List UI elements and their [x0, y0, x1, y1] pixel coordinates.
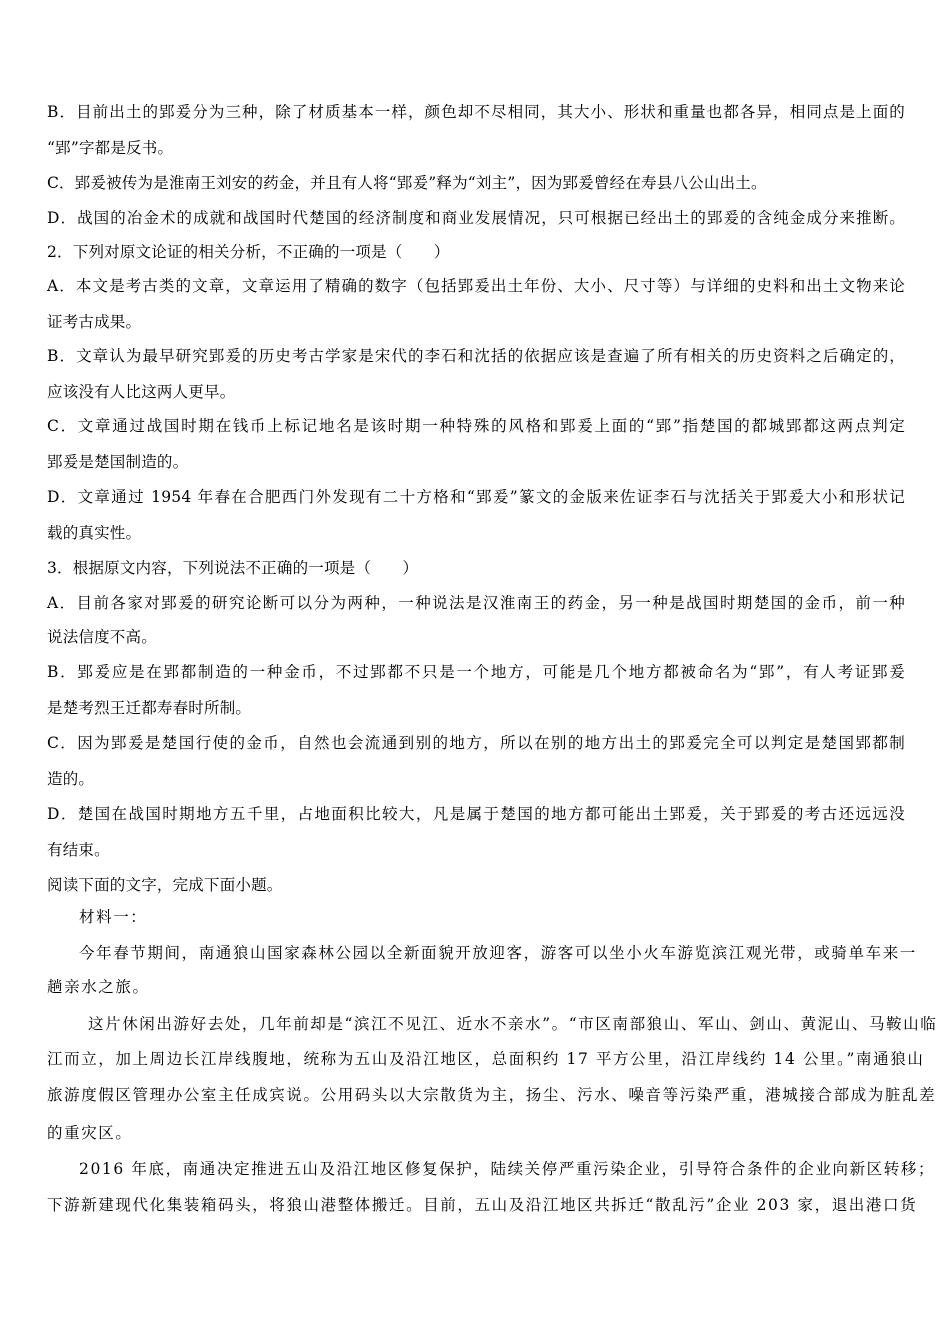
- material-one-p2-line1: 这片休闲出游好去处，几年前却是“滨江不见江、近水不亲水”。“市区南部狼山、军山、…: [88, 1014, 905, 1034]
- material-one-p3-line2: 下游新建现代化集装箱码头，将狼山港整体搬迁。目前，五山及沿江地区共拆迁“散乱污”…: [47, 1195, 905, 1215]
- material-one-p2-line2: 江而立，加上周边长江岸线腹地，统称为五山及沿江地区，总面积约 17 平方公里，沿…: [47, 1049, 905, 1069]
- q1-option-b-line1: B．目前出土的郢爰分为三种，除了材质基本一样，颜色却不尽相同，其大小、形状和重量…: [47, 102, 905, 122]
- q2-option-b-line2: 应该没有人比这两人更早。: [47, 382, 235, 402]
- material-one-p1-line1: 今年春节期间，南通狼山国家森林公园以全新面貌开放迎客，游客可以坐小火车游览滨江观…: [79, 943, 905, 963]
- q3-option-b-line1: B．郢爰应是在郢都制造的一种金币，不过郢都不只是一个地方，可能是几个地方都被命名…: [47, 662, 905, 682]
- q2-option-c-line2: 郢爰是楚国制造的。: [47, 452, 188, 472]
- q3-option-a-line2: 说法信度不高。: [47, 627, 157, 647]
- q3-option-b-line2: 是楚考烈王迁都寿春时所制。: [47, 698, 251, 718]
- reading-instructions: 阅读下面的文字，完成下面小题。: [47, 875, 283, 895]
- q1-option-b-line2: “郢”字都是反书。: [47, 138, 173, 158]
- material-one-p2-line3: 旅游度假区管理办公室主任成宾说。公用码头以大宗散货为主，扬尘、污水、噪音等污染严…: [47, 1085, 905, 1105]
- q2-option-a-line1: A．本文是考古类的文章，文章运用了精确的数字（包括郢爰出土年份、大小、尺寸等）与…: [47, 276, 905, 296]
- q2-option-a-line2: 证考古成果。: [47, 312, 141, 332]
- q3-option-c-line2: 造的。: [47, 769, 94, 789]
- material-one-heading: 材料一：: [79, 907, 147, 927]
- q3-option-a-line1: A．目前各家对郢爰的研究论断可以分为两种，一种说法是汉淮南王的药金，另一种是战国…: [47, 593, 905, 613]
- q3-stem: 3．根据原文内容，下列说法不正确的一项是（ ）: [47, 558, 418, 578]
- q2-option-d-line1: D．文章通过 1954 年春在合肥西门外发现有二十方格和“郢爰”篆文的金版来佐证…: [47, 487, 905, 507]
- q3-option-d-line2: 有结束。: [47, 840, 110, 860]
- q2-option-b-line1: B．文章认为最早研究郢爰的历史考古学家是宋代的李石和沈括的依据应该是查遍了所有相…: [47, 346, 905, 366]
- material-one-p2-line4: 的重灾区。: [47, 1123, 133, 1143]
- q1-option-c: C．郢爰被传为是淮南王刘安的药金，并且有人将“郢爰”释为“刘主”，因为郢爰曾经在…: [47, 173, 767, 193]
- q3-option-c-line1: C．因为郢爰是楚国行使的金币，自然也会流通到别的地方，所以在别的地方出土的郢爰完…: [47, 733, 905, 753]
- q2-stem: 2．下列对原文论证的相关分析，不正确的一项是（ ）: [47, 242, 450, 262]
- document-page: B．目前出土的郢爰分为三种，除了材质基本一样，颜色却不尽相同，其大小、形状和重量…: [0, 0, 950, 1344]
- q2-option-d-line2: 载的真实性。: [47, 523, 141, 543]
- q2-option-c-line1: C．文章通过战国时期在钱币上标记地名是该时期一种特殊的风格和郢爰上面的“郢”指楚…: [47, 416, 905, 436]
- q3-option-d-line1: D．楚国在战国时期地方五千里，占地面积比较大，凡是属于楚国的地方都可能出土郢爰，…: [47, 804, 905, 824]
- q1-option-d: D．战国的冶金术的成就和战国时代楚国的经济制度和商业发展情况，只可根据已经出土的…: [47, 208, 905, 228]
- material-one-p1-line2: 趟亲水之旅。: [47, 977, 150, 997]
- material-one-p3-line1: 2016 年底，南通决定推进五山及沿江地区修复保护，陆续关停严重污染企业，引导符…: [79, 1159, 905, 1179]
